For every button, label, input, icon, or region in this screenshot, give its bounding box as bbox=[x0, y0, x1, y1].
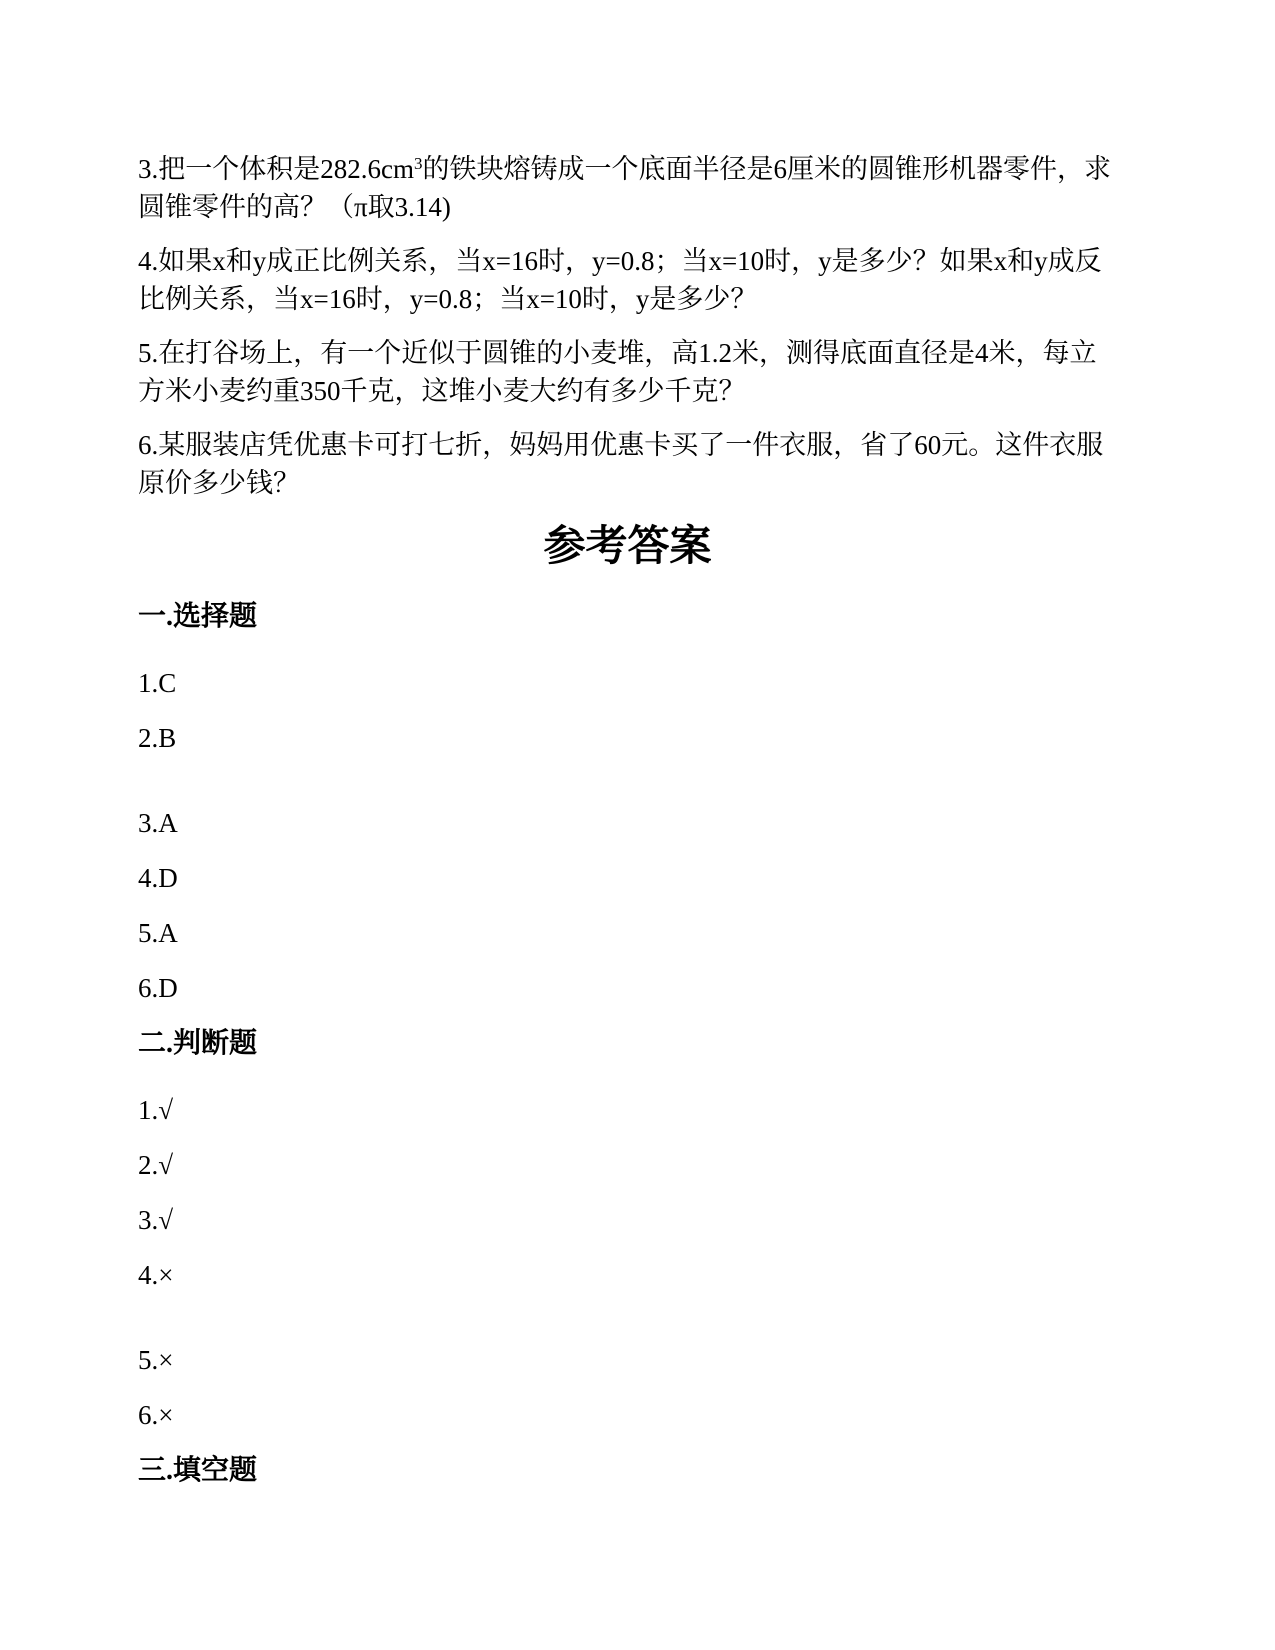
question-4: 4.如果x和y成正比例关系，当x=16时，y=0.8；当x=10时，y是多少？如… bbox=[138, 242, 1117, 318]
answer-choice-1: 1.C bbox=[138, 668, 1117, 698]
answer-choice-3: 3.A bbox=[138, 808, 1117, 838]
question-3-superscript: 3 bbox=[414, 154, 423, 173]
question-3-lead: 3.把一个体积是282.6cm bbox=[138, 154, 414, 184]
question-3: 3.把一个体积是282.6cm3的铁块熔铸成一个底面半径是6厘米的圆锥形机器零件… bbox=[138, 150, 1117, 226]
section-heading-true-false: 二.判断题 bbox=[138, 1029, 1117, 1059]
answer-judgment-1: 1.√ bbox=[138, 1095, 1117, 1125]
answer-choice-5: 5.A bbox=[138, 918, 1117, 948]
answer-judgment-2: 2.√ bbox=[138, 1150, 1117, 1180]
question-5: 5.在打谷场上，有一个近似于圆锥的小麦堆，高1.2米，测得底面直径是4米，每立方… bbox=[138, 334, 1117, 410]
answer-choice-4: 4.D bbox=[138, 863, 1117, 893]
answer-choice-6: 6.D bbox=[138, 973, 1117, 1003]
question-6: 6.某服装店凭优惠卡可打七折，妈妈用优惠卡买了一件衣服，省了60元。这件衣服原价… bbox=[138, 426, 1117, 502]
answer-choice-2: 2.B bbox=[138, 723, 1117, 753]
section-heading-fill-in-blank: 三.填空题 bbox=[138, 1456, 1117, 1486]
answer-judgment-4: 4.× bbox=[138, 1260, 1117, 1290]
section-heading-multiple-choice: 一.选择题 bbox=[138, 602, 1117, 632]
worksheet-page: 3.把一个体积是282.6cm3的铁块熔铸成一个底面半径是6厘米的圆锥形机器零件… bbox=[0, 0, 1275, 1650]
answer-key-title: 参考答案 bbox=[138, 518, 1117, 576]
answer-judgment-6: 6.× bbox=[138, 1400, 1117, 1430]
answer-judgment-3: 3.√ bbox=[138, 1205, 1117, 1235]
answer-judgment-5: 5.× bbox=[138, 1345, 1117, 1375]
